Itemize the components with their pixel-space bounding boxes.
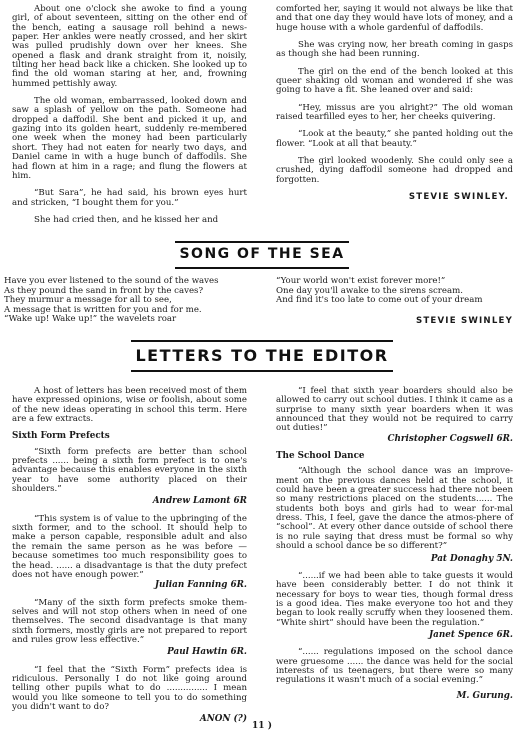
letter-text: “Many of the sixth form prefects smoke t… [12,599,247,646]
letter-text: “Sixth form prefects are better than sch… [12,448,247,495]
letter-author: M. Gurung. [276,692,513,701]
song-signature: STEVIE SWINLEY [276,316,513,326]
letter-text: “I feel that sixth year boarders should … [276,387,513,434]
story-left-column: About one o'clock she awoke to find a yo… [12,5,247,233]
letter-author: Julian Fanning 6R. [12,581,247,590]
letters-intro: A host of letters has been received most… [12,387,247,424]
letter-author: Christopher Cogswell 6R. [276,435,513,444]
letter-text: “...... regulations imposed on the schoo… [276,648,513,685]
letter-text: “I feel that the “Sixth Form” prefects i… [12,666,247,713]
letter-author: Pat Donaghy 5N. [276,555,513,564]
section-heading-sixth-form-prefects: Sixth Form Prefects [12,432,247,441]
story-paragraph: The girl looked woodenly. She could only… [276,157,513,185]
story-right-column: comforted her, saying it would not alway… [276,5,513,203]
story-paragraph: “But Sara”, he had said, his brown eyes … [12,189,247,208]
letter-text: “......if we had been able to take guest… [276,572,513,628]
story-signature: STEVIE SWINLEY. [276,193,509,202]
letter-text: “This system is of value to the upbringi… [12,515,247,580]
section-heading-school-dance: The School Dance [276,452,513,461]
song-heading: SONG OF THE SEA [0,241,524,269]
letter-author: Paul Hawtin 6R. [12,648,247,657]
letter-author: Janet Spence 6R. [276,631,513,640]
song-verse-right: “Your world won't exist forever more!” O… [276,277,483,306]
story-paragraph: She was crying now, her breath coming in… [276,41,513,60]
letters-heading: LETTERS TO THE EDITOR [0,340,524,372]
letters-right-column: “I feel that sixth year boarders should … [276,387,513,709]
letters-title: LETTERS TO THE EDITOR [131,340,392,372]
story-paragraph: The old woman, embarrassed, looked down … [12,97,247,181]
story-paragraph: She had cried then, and he kissed her an… [12,216,247,225]
song-verse-left: Have you ever listened to the sound of t… [4,277,219,325]
story-paragraph: “Look at the beauty,” she panted holding… [276,130,513,149]
song-title: SONG OF THE SEA [175,241,348,269]
letters-left-column: A host of letters has been received most… [12,387,247,733]
story-paragraph: comforted her, saying it would not alway… [276,5,513,33]
story-paragraph: The girl on the end of the bench looked … [276,68,513,96]
page-number: 11 ) [0,721,524,731]
letter-text: “Although the school dance was an improv… [276,467,513,551]
story-paragraph: About one o'clock she awoke to find a yo… [12,5,247,89]
story-paragraph: “Hey, missus are you alright?” The old w… [276,104,513,123]
letter-author: Andrew Lamont 6R [12,497,247,506]
